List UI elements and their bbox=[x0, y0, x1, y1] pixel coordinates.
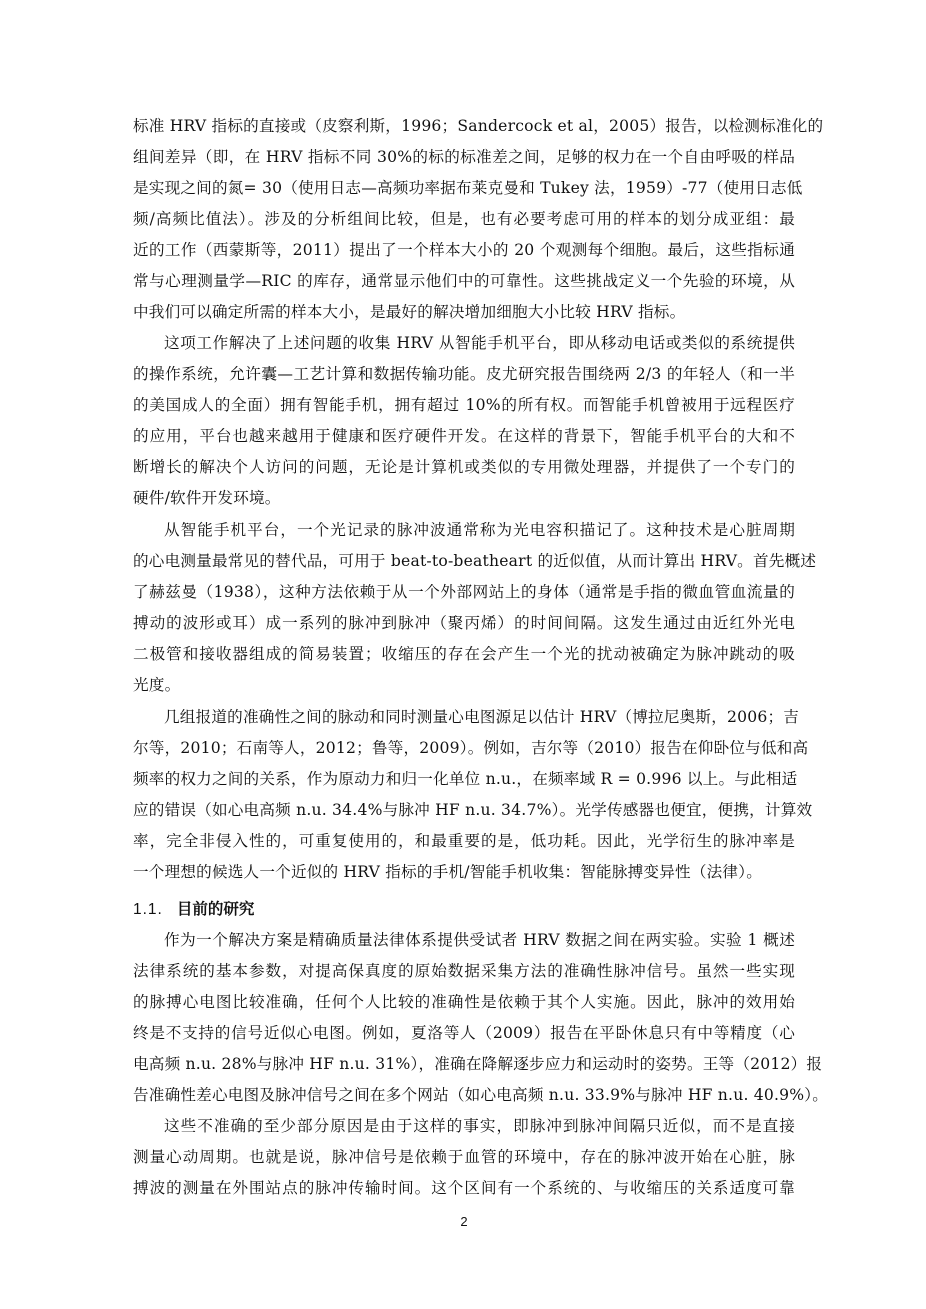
page-number: 2 bbox=[456, 1212, 472, 1232]
text-line: 终是不支持的信号近似心电图。例如，夏洛等人（2009）报告在平卧休息只有中等精度… bbox=[133, 1018, 795, 1049]
text-line: 尔等，2010；石南等人，2012；鲁等，2009）。例如，吉尔等（2010）报… bbox=[133, 733, 795, 764]
text-line: 的操作系统，允许囊—工艺计算和数据传输功能。皮尤研究报告围绕两 2/3 的年轻人… bbox=[133, 359, 795, 390]
text-line: 是实现之间的氮= 30（使用日志—高频功率据布莱克曼和 Tukey 法，1959… bbox=[133, 173, 795, 204]
text-line: 测量心动周期。也就是说，脉冲信号是依赖于血管的环境中，存在的脉冲波开始在心脏，脉 bbox=[133, 1142, 795, 1173]
text-line: 的心电测量最常见的替代品，可用于 beat-to-beatheart 的近似值，… bbox=[133, 546, 795, 577]
text-line: 这些不准确的至少部分原因是由于这样的事实，即脉冲到脉冲间隔只近似，而不是直接 bbox=[164, 1111, 795, 1142]
text-line: 一个理想的候选人一个近似的 HRV 指标的手机/智能手机收集：智能脉搏变异性（法… bbox=[133, 857, 762, 888]
text-line: 率，完全非侵入性的，可重复使用的，和最重要的是，低功耗。因此，光学衍生的脉冲率是 bbox=[133, 826, 795, 857]
text-line: 法律系统的基本参数，对提高保真度的原始数据采集方法的准确性脉冲信号。虽然一些实现 bbox=[133, 956, 795, 987]
section-number: 1.1. bbox=[133, 901, 163, 918]
text-line: 中我们可以确定所需的样本大小，是最好的解决增加细胞大小比较 HRV 指标。 bbox=[133, 297, 685, 328]
text-line: 硬件/软件开发环境。 bbox=[133, 483, 281, 514]
text-line: 的应用，平台也越来越用于健康和医疗硬件开发。在这样的背景下，智能手机平台的大和不 bbox=[133, 421, 795, 452]
text-line: 频率的权力之间的关系，作为原动力和归一化单位 n.u.，在频率域 R = 0.9… bbox=[133, 764, 795, 795]
text-line: 光度。 bbox=[133, 670, 180, 701]
text-line: 这项工作解决了上述问题的收集 HRV 从智能手机平台，即从移动电话或类似的系统提… bbox=[164, 328, 795, 359]
text-line: 作为一个解决方案是精确质量法律体系提供受试者 HRV 数据之间在两实验。实验 1… bbox=[164, 925, 795, 956]
text-line: 二极管和接收器组成的简易装置；收缩压的存在会产生一个光的扰动被确定为脉冲跳动的吸 bbox=[133, 639, 795, 670]
text-line: 几组报道的准确性之间的脉动和同时测量心电图源足以估计 HRV（博拉尼奥斯，200… bbox=[164, 702, 795, 733]
text-line: 的美国成人的全面）拥有智能手机，拥有超过 10%的所有权。而智能手机曾被用于远程… bbox=[133, 390, 795, 421]
text-line: 频/高频比值法）。涉及的分析组间比较，但是，也有必要考虑可用的样本的划分成亚组：… bbox=[133, 204, 795, 235]
text-line: 搏动的波形或耳）成一系列的脉冲到脉冲（聚丙烯）的时间间隔。这发生通过由近红外光电 bbox=[133, 608, 795, 639]
text-line: 的脉搏心电图比较准确，任何个人比较的准确性是依赖于其个人实施。因此，脉冲的效用始 bbox=[133, 987, 795, 1018]
text-line: 从智能手机平台，一个光记录的脉冲波通常称为光电容积描记了。这种技术是心脏周期 bbox=[164, 515, 795, 546]
text-line: 断增长的解决个人访问的问题，无论是计算机或类似的专用微处理器，并提供了一个专门的 bbox=[133, 452, 795, 483]
text-line: 电高频 n.u. 28%与脉冲 HF n.u. 31%），准确在降解逐步应力和运… bbox=[133, 1049, 795, 1080]
text-line: 了赫兹曼（1938），这种方法依赖于从一个外部网站上的身体（通常是手指的微血管血… bbox=[133, 577, 795, 608]
text-line: 组间差异（即，在 HRV 指标不同 30%的标的标准差之间，足够的权力在一个自由… bbox=[133, 142, 795, 173]
text-line: 近的工作（西蒙斯等，2011）提出了一个样本大小的 20 个观测每个细胞。最后，… bbox=[133, 235, 795, 266]
text-line: 告准确性差心电图及脉冲信号之间在多个网站（如心电高频 n.u. 33.9%与脉冲… bbox=[133, 1080, 795, 1111]
document-page: 标准 HRV 指标的直接或（皮察利斯，1996；Sandercock et al… bbox=[0, 0, 926, 1309]
section-heading: 1.1.目前的研究 bbox=[133, 894, 254, 924]
section-title: 目前的研究 bbox=[177, 900, 255, 918]
text-line: 应的错误（如心电高频 n.u. 34.4%与脉冲 HF n.u. 34.7%）。… bbox=[133, 795, 795, 826]
text-line: 标准 HRV 指标的直接或（皮察利斯，1996；Sandercock et al… bbox=[133, 111, 795, 142]
text-line: 常与心理测量学—RIC 的库存，通常显示他们中的可靠性。这些挑战定义一个先验的环… bbox=[133, 266, 795, 297]
text-line: 搏波的测量在外围站点的脉冲传输时间。这个区间有一个系统的、与收缩压的关系适度可靠 bbox=[133, 1173, 795, 1204]
